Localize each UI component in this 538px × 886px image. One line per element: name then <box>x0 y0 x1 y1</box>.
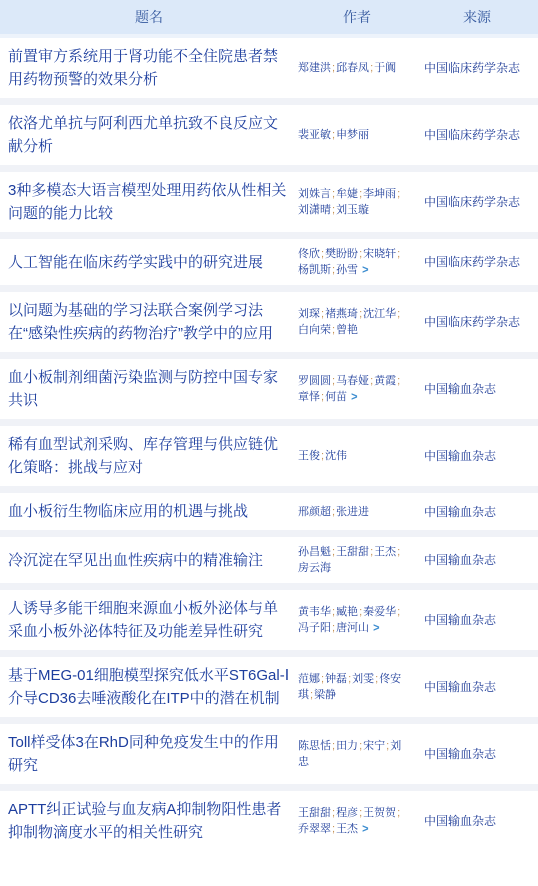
author-name: 刘玉璇 <box>336 204 369 216</box>
author-name: 梁静 <box>314 689 336 701</box>
article-title[interactable]: 血小板制剂细菌污染监测与防控中国专家共识 <box>0 366 298 412</box>
author-separator: ; <box>332 188 335 200</box>
article-title[interactable]: Toll样受体3在RhD同种免疫发生中的作用研究 <box>0 731 298 777</box>
article-row-wrap: 稀有血型试剂采购、库存管理与供应链优化策略：挑战与应对 王俊;沈伟 中国输血杂志 <box>0 426 538 493</box>
article-row[interactable]: 血小板衍生物临床应用的机遇与挑战 邢颜超;张进进 中国输血杂志 <box>0 493 538 530</box>
author-separator: ; <box>359 308 362 320</box>
article-title[interactable]: 3种多模态大语言模型处理用药依从性相关问题的能力比较 <box>0 179 298 225</box>
author-separator: ; <box>332 324 335 336</box>
article-row[interactable]: 稀有血型试剂采购、库存管理与供应链优化策略：挑战与应对 王俊;沈伟 中国输血杂志 <box>0 426 538 486</box>
article-row[interactable]: 基于MEG-01细胞模型探究低水平ST6Gal-Ⅰ介导CD36去唾液酸化在ITP… <box>0 657 538 717</box>
more-authors-icon[interactable]: > <box>351 388 357 406</box>
author-name: 王甜甜 <box>298 807 331 819</box>
author-name: 乔翠翠 <box>298 823 331 835</box>
author-separator: ; <box>386 740 389 752</box>
row-separator <box>0 285 538 292</box>
author-separator: ; <box>332 606 335 618</box>
article-row-wrap: 前置审方系统用于肾功能不全住院患者禁用药物预警的效果分析 郑建洪;邱春凤;于阗 … <box>0 38 538 105</box>
author-separator: ; <box>321 673 324 685</box>
more-authors-icon[interactable]: > <box>362 820 368 838</box>
author-name: 王杰 <box>374 546 396 558</box>
article-authors: 孙昌魁;王甜甜;王杰;房云海 <box>298 544 416 576</box>
author-name: 佟欣 <box>298 248 320 260</box>
author-separator: ; <box>359 188 362 200</box>
article-row[interactable]: 依洛尤单抗与阿利西尤单抗致不良反应文献分析 裴亚敏;申梦丽 中国临床药学杂志 <box>0 105 538 165</box>
author-separator: ; <box>321 391 324 403</box>
author-separator: ; <box>310 689 313 701</box>
article-authors: 陈思恬;田力;宋宁;刘忠 <box>298 738 416 770</box>
author-name: 黄韦华 <box>298 606 331 618</box>
article-source: 中国输血杂志 <box>416 813 538 829</box>
article-row[interactable]: 以问题为基础的学习法联合案例学习法在“感染性疾病的药物治疗”教学中的应用 刘琛;… <box>0 292 538 352</box>
author-name: 孙雪 <box>336 264 358 276</box>
article-row-wrap: 3种多模态大语言模型处理用药依从性相关问题的能力比较 刘姝言;牟婕;李坤雨;刘潇… <box>0 172 538 239</box>
author-separator: ; <box>332 622 335 634</box>
article-authors: 范娜;钟磊;刘雯;佟安琪;梁静 <box>298 671 416 703</box>
article-title[interactable]: 以问题为基础的学习法联合案例学习法在“感染性疾病的药物治疗”教学中的应用 <box>0 299 298 345</box>
article-row[interactable]: 人工智能在临床药学实践中的研究进展 佟欣;樊盼盼;宋晓轩;杨凯斯;孙雪> 中国临… <box>0 239 538 285</box>
article-title[interactable]: 稀有血型试剂采购、库存管理与供应链优化策略：挑战与应对 <box>0 433 298 479</box>
author-separator: ; <box>359 740 362 752</box>
row-separator <box>0 784 538 791</box>
article-source: 中国临床药学杂志 <box>416 254 538 270</box>
author-separator: ; <box>332 823 335 835</box>
author-separator: ; <box>397 375 400 387</box>
row-separator <box>0 650 538 657</box>
author-name: 张进进 <box>336 506 369 518</box>
author-separator: ; <box>332 546 335 558</box>
article-source: 中国输血杂志 <box>416 381 538 397</box>
author-name: 王杰 <box>336 823 358 835</box>
article-row[interactable]: 前置审方系统用于肾功能不全住院患者禁用药物预警的效果分析 郑建洪;邱春凤;于阗 … <box>0 38 538 98</box>
author-separator: ; <box>397 188 400 200</box>
article-source: 中国输血杂志 <box>416 612 538 628</box>
author-separator: ; <box>332 129 335 141</box>
author-name: 马春娅 <box>336 375 369 387</box>
author-separator: ; <box>321 450 324 462</box>
author-name: 孙昌魁 <box>298 546 331 558</box>
author-name: 樊盼盼 <box>325 248 358 260</box>
author-separator: ; <box>370 546 373 558</box>
author-name: 唐河山 <box>336 622 369 634</box>
author-name: 邱春凤 <box>336 62 369 74</box>
author-name: 钟磊 <box>325 673 347 685</box>
author-name: 章怿 <box>298 391 320 403</box>
author-name: 宋晓轩 <box>363 248 396 260</box>
article-authors: 刘姝言;牟婕;李坤雨;刘潇晴;刘玉璇 <box>298 186 416 218</box>
author-name: 房云海 <box>298 562 331 574</box>
author-separator: ; <box>397 606 400 618</box>
author-name: 王贺贺 <box>363 807 396 819</box>
author-name: 牟婕 <box>336 188 358 200</box>
author-separator: ; <box>359 248 362 260</box>
author-name: 臧艳 <box>336 606 358 618</box>
author-name: 程彦 <box>336 807 358 819</box>
author-separator: ; <box>321 308 324 320</box>
article-authors: 邢颜超;张进进 <box>298 504 416 520</box>
author-separator: ; <box>348 673 351 685</box>
article-authors: 王甜甜;程彦;王贺贺;乔翠翠;王杰> <box>298 805 416 837</box>
article-source: 中国临床药学杂志 <box>416 127 538 143</box>
row-separator <box>0 352 538 359</box>
author-separator: ; <box>397 807 400 819</box>
author-name: 于阗 <box>374 62 396 74</box>
article-authors: 刘琛;褚燕琦;沈江华;白向荣;曾艳 <box>298 306 416 338</box>
column-header-source: 来源 <box>416 7 538 27</box>
author-name: 秦爱华 <box>363 606 396 618</box>
row-separator <box>0 486 538 493</box>
author-separator: ; <box>397 248 400 260</box>
article-row-wrap: 以问题为基础的学习法联合案例学习法在“感染性疾病的药物治疗”教学中的应用 刘琛;… <box>0 292 538 359</box>
author-separator: ; <box>397 546 400 558</box>
article-list-page: 题名 作者 来源 前置审方系统用于肾功能不全住院患者禁用药物预警的效果分析 郑建… <box>0 0 538 851</box>
article-title[interactable]: APTT纠正试验与血友病A抑制物阳性患者抑制物滴度水平的相关性研究 <box>0 798 298 844</box>
article-title[interactable]: 血小板衍生物临床应用的机遇与挑战 <box>0 500 298 523</box>
author-name: 刘姝言 <box>298 188 331 200</box>
row-separator <box>0 98 538 105</box>
article-row-wrap: 血小板衍生物临床应用的机遇与挑战 邢颜超;张进进 中国输血杂志 <box>0 493 538 537</box>
article-row[interactable]: 冷沉淀在罕见出血性疾病中的精准输注 孙昌魁;王甜甜;王杰;房云海 中国输血杂志 <box>0 537 538 583</box>
article-source: 中国输血杂志 <box>416 504 538 520</box>
author-separator: ; <box>332 204 335 216</box>
author-name: 冯子阳 <box>298 622 331 634</box>
article-title[interactable]: 冷沉淀在罕见出血性疾病中的精准输注 <box>0 549 298 572</box>
table-header: 题名 作者 来源 <box>0 0 538 38</box>
article-authors: 黄韦华;臧艳;秦爱华;冯子阳;唐河山> <box>298 604 416 636</box>
article-source: 中国临床药学杂志 <box>416 194 538 210</box>
article-authors: 裴亚敏;申梦丽 <box>298 127 416 143</box>
author-name: 白向荣 <box>298 324 331 336</box>
article-title[interactable]: 依洛尤单抗与阿利西尤单抗致不良反应文献分析 <box>0 112 298 158</box>
column-header-title: 题名 <box>0 7 298 27</box>
article-row[interactable]: 3种多模态大语言模型处理用药依从性相关问题的能力比较 刘姝言;牟婕;李坤雨;刘潇… <box>0 172 538 232</box>
article-row-wrap: 人工智能在临床药学实践中的研究进展 佟欣;樊盼盼;宋晓轩;杨凯斯;孙雪> 中国临… <box>0 239 538 292</box>
author-name: 罗圆圆 <box>298 375 331 387</box>
row-separator <box>0 419 538 426</box>
more-authors-icon[interactable]: > <box>373 619 379 637</box>
article-source: 中国输血杂志 <box>416 679 538 695</box>
article-row-wrap: 依洛尤单抗与阿利西尤单抗致不良反应文献分析 裴亚敏;申梦丽 中国临床药学杂志 <box>0 105 538 172</box>
author-separator: ; <box>332 506 335 518</box>
row-separator <box>0 717 538 724</box>
author-separator: ; <box>370 375 373 387</box>
author-separator: ; <box>332 62 335 74</box>
author-name: 邢颜超 <box>298 506 331 518</box>
author-name: 王甜甜 <box>336 546 369 558</box>
article-row-wrap: 人诱导多能干细胞来源血小板外泌体与单采血小板外泌体特征及功能差异性研究 黄韦华;… <box>0 590 538 657</box>
author-name: 刘雯 <box>352 673 374 685</box>
author-name: 宋宁 <box>363 740 385 752</box>
author-name: 裴亚敏 <box>298 129 331 141</box>
article-row-wrap: Toll样受体3在RhD同种免疫发生中的作用研究 陈思恬;田力;宋宁;刘忠 中国… <box>0 724 538 791</box>
author-separator: ; <box>332 807 335 819</box>
author-name: 何苗 <box>325 391 347 403</box>
author-name: 褚燕琦 <box>325 308 358 320</box>
author-separator: ; <box>359 807 362 819</box>
author-name: 陈思恬 <box>298 740 331 752</box>
author-name: 曾艳 <box>336 324 358 336</box>
author-name: 杨凯斯 <box>298 264 331 276</box>
article-source: 中国输血杂志 <box>416 552 538 568</box>
article-authors: 郑建洪;邱春凤;于阗 <box>298 60 416 76</box>
article-row[interactable]: APTT纠正试验与血友病A抑制物阳性患者抑制物滴度水平的相关性研究 王甜甜;程彦… <box>0 791 538 851</box>
article-row[interactable]: 人诱导多能干细胞来源血小板外泌体与单采血小板外泌体特征及功能差异性研究 黄韦华;… <box>0 590 538 650</box>
author-name: 田力 <box>336 740 358 752</box>
author-name: 郑建洪 <box>298 62 331 74</box>
article-authors: 佟欣;樊盼盼;宋晓轩;杨凯斯;孙雪> <box>298 246 416 278</box>
article-row[interactable]: Toll样受体3在RhD同种免疫发生中的作用研究 陈思恬;田力;宋宁;刘忠 中国… <box>0 724 538 784</box>
article-rows: 前置审方系统用于肾功能不全住院患者禁用药物预警的效果分析 郑建洪;邱春凤;于阗 … <box>0 38 538 851</box>
author-separator: ; <box>375 673 378 685</box>
author-name: 沈伟 <box>325 450 347 462</box>
article-source: 中国输血杂志 <box>416 746 538 762</box>
article-title[interactable]: 基于MEG-01细胞模型探究低水平ST6Gal-Ⅰ介导CD36去唾液酸化在ITP… <box>0 664 298 710</box>
article-row-wrap: APTT纠正试验与血友病A抑制物阳性患者抑制物滴度水平的相关性研究 王甜甜;程彦… <box>0 791 538 851</box>
author-name: 沈江华 <box>363 308 396 320</box>
article-title[interactable]: 前置审方系统用于肾功能不全住院患者禁用药物预警的效果分析 <box>0 45 298 91</box>
article-row[interactable]: 血小板制剂细菌污染监测与防控中国专家共识 罗圆圆;马春娅;黄霞;章怿;何苗> 中… <box>0 359 538 419</box>
article-row-wrap: 冷沉淀在罕见出血性疾病中的精准输注 孙昌魁;王甜甜;王杰;房云海 中国输血杂志 <box>0 537 538 590</box>
author-name: 黄霞 <box>374 375 396 387</box>
article-authors: 王俊;沈伟 <box>298 448 416 464</box>
article-title[interactable]: 人工智能在临床药学实践中的研究进展 <box>0 251 298 274</box>
article-source: 中国临床药学杂志 <box>416 314 538 330</box>
column-header-authors: 作者 <box>298 7 416 27</box>
author-separator: ; <box>332 264 335 276</box>
author-name: 申梦丽 <box>336 129 369 141</box>
article-row-wrap: 基于MEG-01细胞模型探究低水平ST6Gal-Ⅰ介导CD36去唾液酸化在ITP… <box>0 657 538 724</box>
article-source: 中国临床药学杂志 <box>416 60 538 76</box>
row-separator <box>0 165 538 172</box>
author-name: 刘潇晴 <box>298 204 331 216</box>
article-title[interactable]: 人诱导多能干细胞来源血小板外泌体与单采血小板外泌体特征及功能差异性研究 <box>0 597 298 643</box>
author-separator: ; <box>332 740 335 752</box>
author-separator: ; <box>370 62 373 74</box>
author-name: 王俊 <box>298 450 320 462</box>
row-separator <box>0 530 538 537</box>
author-separator: ; <box>359 606 362 618</box>
article-source: 中国输血杂志 <box>416 448 538 464</box>
author-separator: ; <box>321 248 324 260</box>
article-authors: 罗圆圆;马春娅;黄霞;章怿;何苗> <box>298 373 416 405</box>
author-name: 刘琛 <box>298 308 320 320</box>
author-name: 李坤雨 <box>363 188 396 200</box>
more-authors-icon[interactable]: > <box>362 261 368 279</box>
article-row-wrap: 血小板制剂细菌污染监测与防控中国专家共识 罗圆圆;马春娅;黄霞;章怿;何苗> 中… <box>0 359 538 426</box>
author-separator: ; <box>332 375 335 387</box>
row-separator <box>0 232 538 239</box>
author-name: 范娜 <box>298 673 320 685</box>
author-separator: ; <box>397 308 400 320</box>
row-separator <box>0 583 538 590</box>
